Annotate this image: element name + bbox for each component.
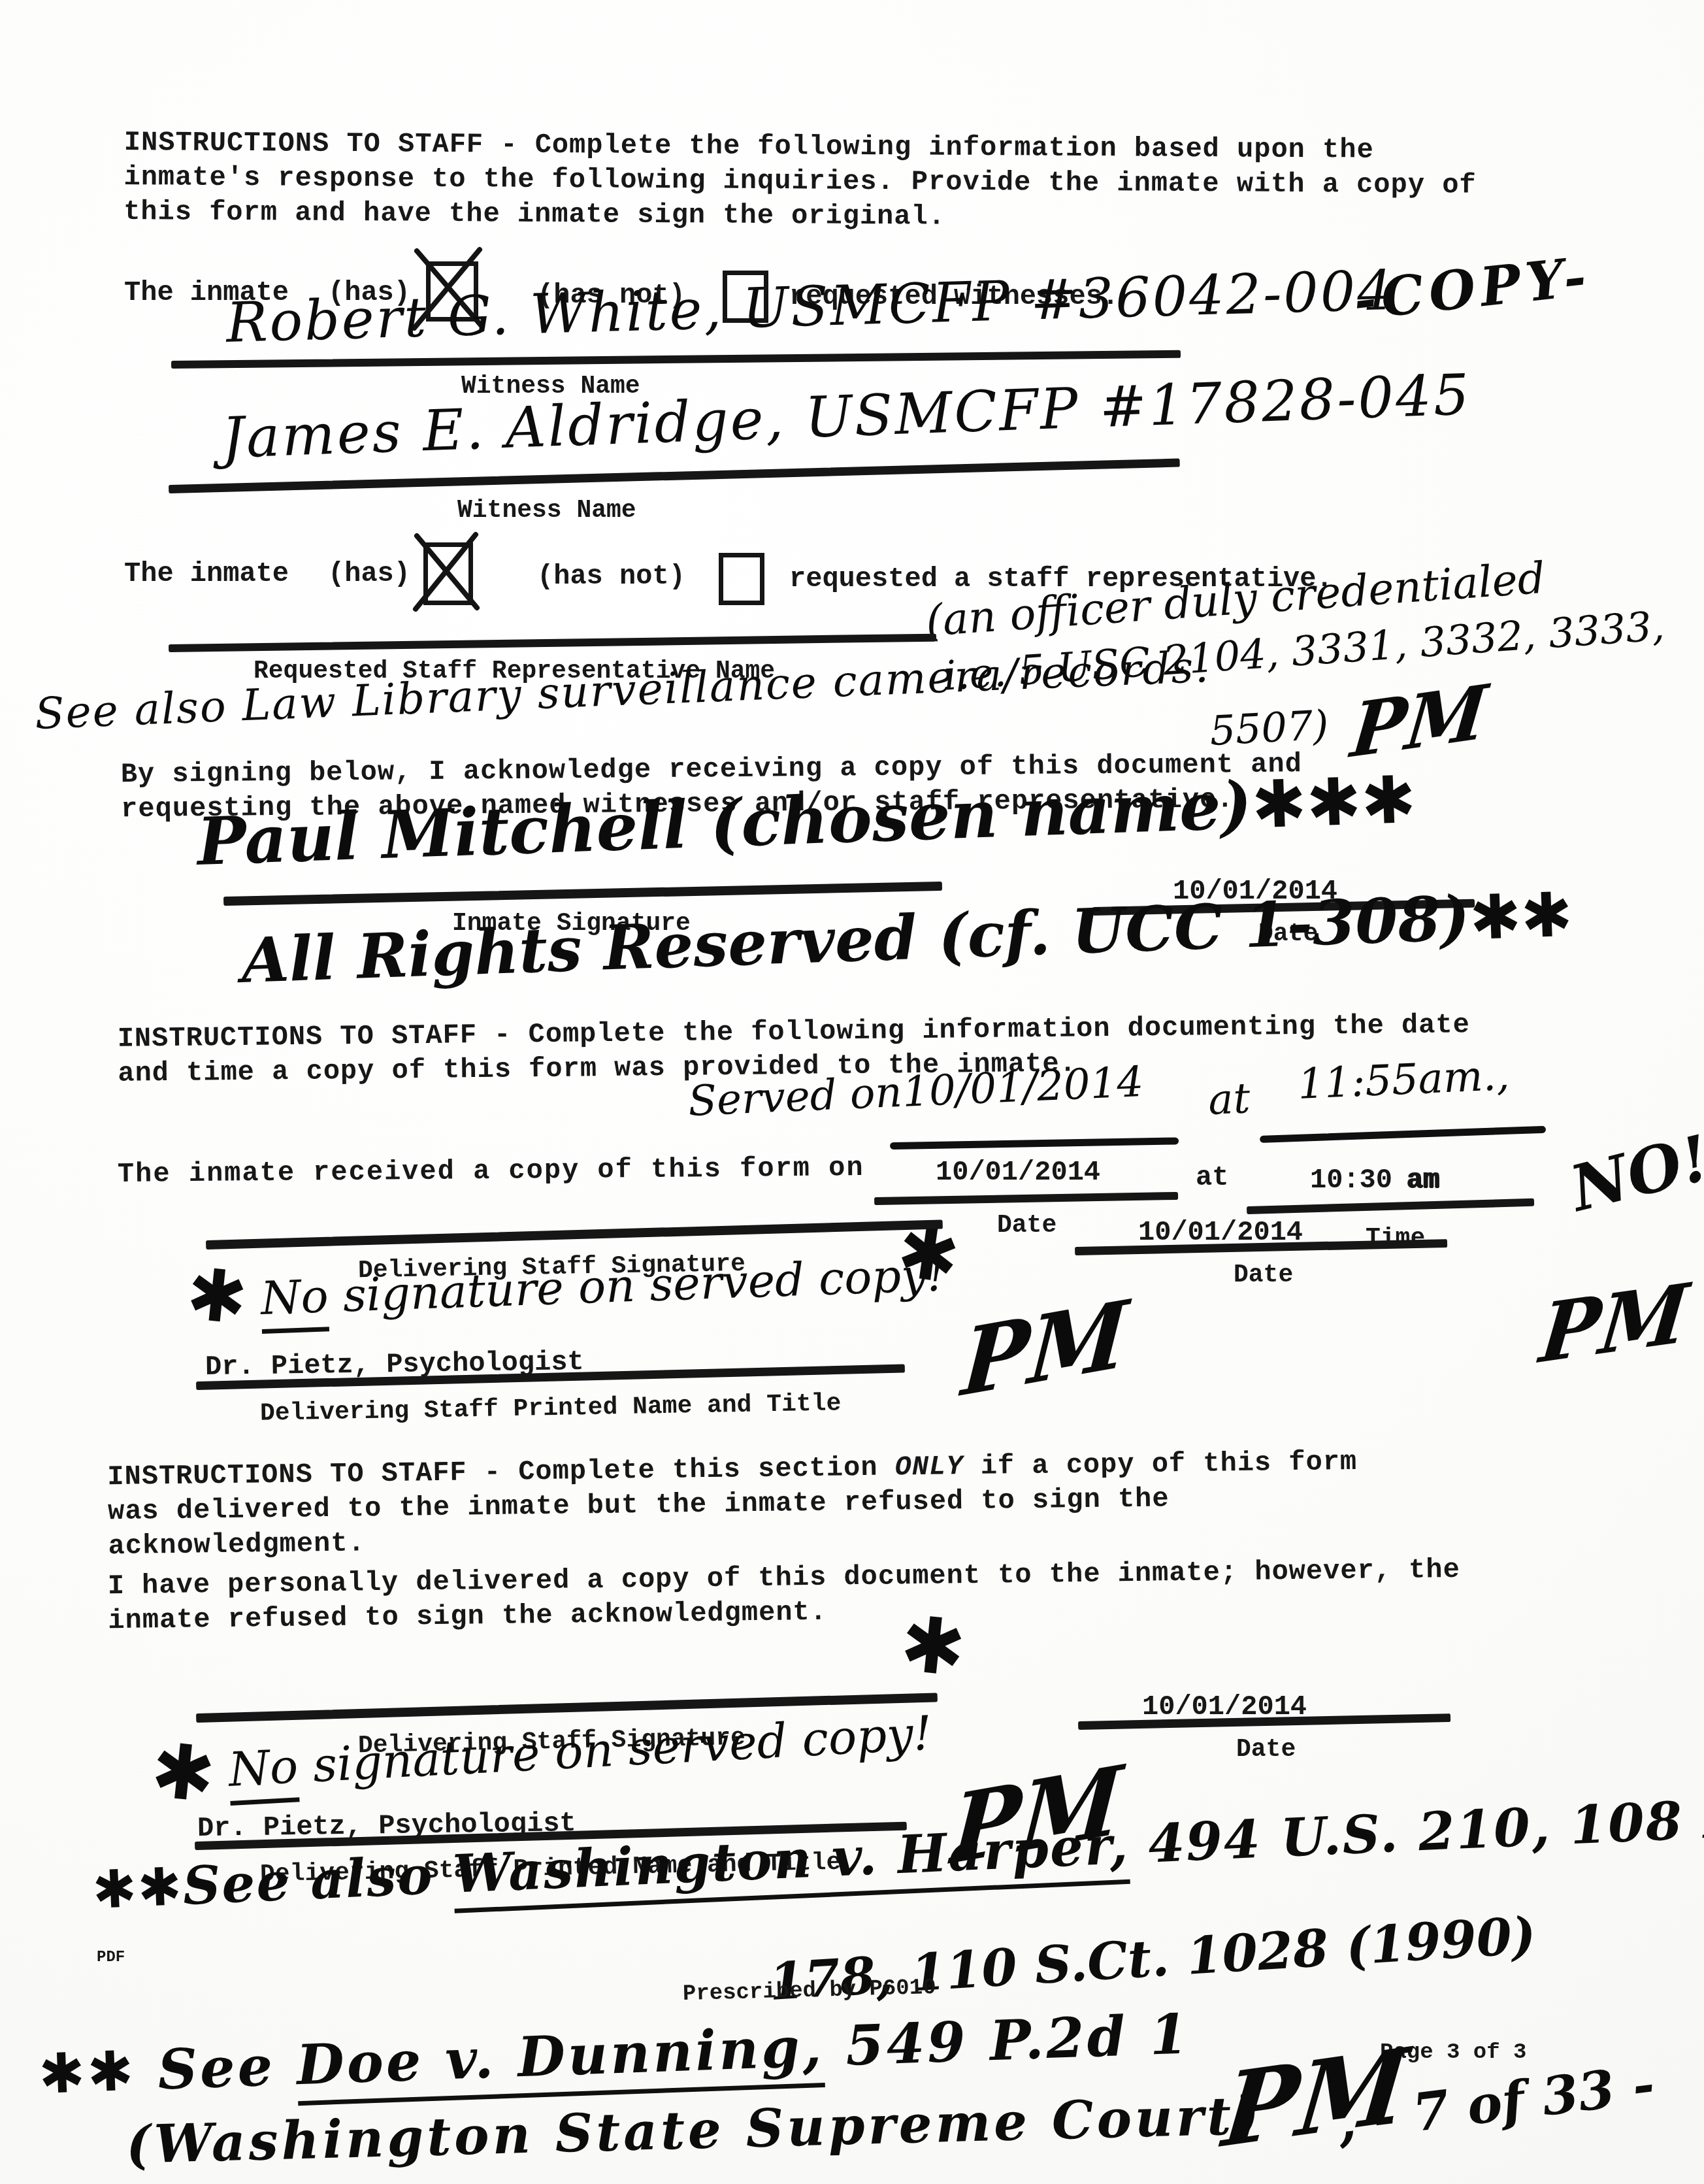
delivering-date-label-b: Date	[1236, 1736, 1296, 1764]
delivering-signature-line-a	[206, 1220, 943, 1249]
served-date-handwritten: 10/01/2014	[902, 1061, 1144, 1114]
pdf-watermark: PDF	[97, 1949, 125, 1966]
pm-initials-received: PM	[1537, 1272, 1692, 1374]
received-time-line	[1247, 1199, 1534, 1214]
staffrep-row-has-not-label: (has not)	[537, 561, 685, 592]
witness-name-1-handwritten: Robert G. White, USMCFP #36042-004	[225, 263, 1395, 350]
instructions-3-pre: INSTRUCTIONS TO STAFF - Complete this se…	[107, 1451, 895, 1493]
staffrep-has-not-checkbox	[719, 553, 764, 605]
served-at-handwritten: at	[1207, 1078, 1251, 1121]
citation-dunning-line2: (Washington State Supreme Court)	[125, 2089, 1263, 2171]
no-word-a: No	[260, 1269, 330, 1334]
received-date-label: Date	[997, 1212, 1057, 1240]
no-signature-asterisk-b: ✱	[148, 1732, 219, 1814]
refused-paragraph: I have personally delivered a copy of th…	[107, 1552, 1513, 1638]
citation-harper-prefix: ✱✱See also	[91, 1844, 455, 1921]
scanned-form-page: INSTRUCTIONS TO STAFF - Complete the fol…	[0, 0, 1704, 2184]
instructions-to-staff-1: INSTRUCTIONS TO STAFF - Complete the fol…	[123, 125, 1548, 238]
instructions-3-only: ONLY	[894, 1451, 963, 1483]
staffrep-name-line	[169, 634, 936, 652]
refused-asterisk: ✱	[897, 1604, 970, 1688]
staffrep-row-prefix: The inmate	[124, 558, 289, 589]
witness-name-2-label: Witness Name	[457, 497, 636, 525]
inmate-signature-line	[223, 882, 942, 906]
staffrep-row-has-label: (has)	[328, 558, 410, 589]
no-signature-asterisk-a: ✱	[184, 1257, 251, 1335]
no-signature-note-b: No signature on served copy!	[227, 1710, 933, 1793]
citation-dunning-case: Doe v. Dunning,	[295, 2014, 825, 2106]
staffrep-annotation-line3: 5507)	[1209, 704, 1330, 751]
received-at: at	[1196, 1162, 1228, 1193]
served-time-handwritten: 11:55am.,	[1297, 1055, 1510, 1106]
staffrep-has-checkbox-x-mark	[409, 529, 485, 614]
received-ampm-overstruck: am	[1406, 1165, 1439, 1196]
citation-dunning-prefix: ✱✱ See	[38, 2032, 298, 2106]
pm-initials-block-a: PM	[959, 1287, 1131, 1409]
received-line-prefix: The inmate received a copy of this form …	[118, 1152, 864, 1190]
no-annotation: NO!	[1565, 1126, 1704, 1221]
citation-dunning-rest: 549 P.2d 1	[823, 2001, 1191, 2079]
received-date-line	[874, 1192, 1178, 1205]
served-on-note: Served on	[687, 1072, 903, 1123]
received-date: 10/01/2014	[936, 1157, 1100, 1188]
no-word-b: No	[227, 1738, 300, 1805]
citation-harper-rest: 494 U.S. 210, 108 L.Ed.2d	[1128, 1779, 1704, 1876]
citation-dunning: ✱✱ See Doe v. Dunning, 549 P.2d 1	[38, 2006, 1191, 2101]
no-signature-rest-b: signature on served copy!	[312, 1706, 934, 1793]
witness-name-2-handwritten: James E. Aldridge, USMCFP #17828-045	[221, 367, 1472, 467]
witness-name-1-line	[171, 350, 1181, 369]
delivering-date-label-a: Date	[1234, 1261, 1293, 1289]
instructions-to-staff-3: INSTRUCTIONS TO STAFF - Complete this se…	[107, 1444, 1412, 1564]
staff-printed-label-a: Delivering Staff Printed Name and Title	[260, 1389, 842, 1428]
served-time-hand-underline	[1260, 1126, 1546, 1143]
served-date-hand-underline	[890, 1137, 1179, 1150]
citation-harper: ✱✱See also Washington v. Harper, 494 U.S…	[91, 1783, 1704, 1916]
received-time: 10:30	[1310, 1165, 1392, 1196]
